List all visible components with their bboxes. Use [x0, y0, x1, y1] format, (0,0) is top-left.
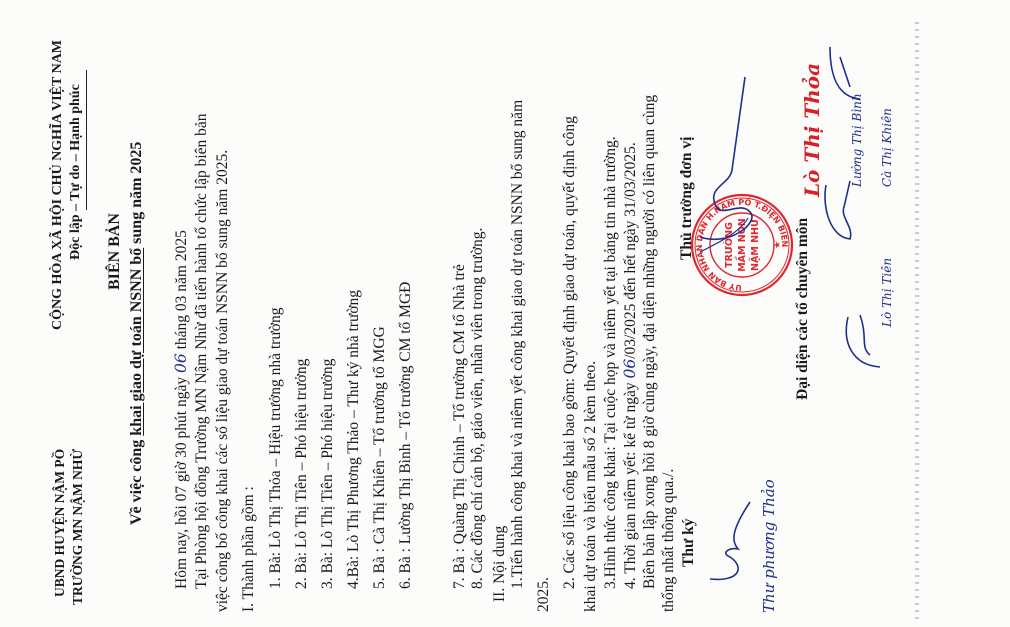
subtitle-before: Về việc công	[128, 436, 145, 525]
content-item-2-line-1: 2. Các số liệu công khai bao gồm: Quyết …	[561, 116, 579, 589]
head-signature	[690, 72, 780, 282]
member-6: 6. Bà : Lường Thị Bình – Tổ trưởng CM tổ…	[397, 282, 415, 589]
scan-artifact	[915, 19, 919, 619]
item-4-text: 4. Thời gian niêm yết: kể từ ngày	[622, 379, 639, 589]
item-4-text: /03/2025 đến hết ngày 31/03/2025.	[622, 142, 639, 359]
intro-text: Hôm nay, hồi 07 giờ 30 phút ngày	[173, 373, 190, 589]
intro-line-1: Hôm nay, hồi 07 giờ 30 phút ngày 06 thán…	[172, 230, 191, 589]
secretary-label: Thư ký	[680, 518, 698, 567]
header-motto-underline	[86, 70, 87, 210]
content-item-1-line-2: 2025.	[535, 577, 553, 612]
content-item-1-line-1: 1.Tiến hành công khai và niêm yết công k…	[509, 100, 527, 589]
rep-name-3-handwritten: Lò Thị Tiên	[880, 258, 894, 327]
closing-line-2: thống nhất thông qua./.	[660, 469, 678, 612]
document-subtitle: Về việc công khai giao dự toán NSNN bổ s…	[128, 142, 146, 525]
section-1-heading: I. Thành phần gồm :	[240, 486, 258, 612]
closing-line-1: Biên bản lập xong hồi 8 giờ cùng ngày, đ…	[641, 95, 659, 589]
member-1: 1. Bà: Lò Thị Thỏa – Hiệu trưởng nhà trư…	[267, 308, 285, 589]
intro-text: tháng 03 năm 2025	[173, 230, 190, 353]
rep-name-1-handwritten: Cà Thị Khiên	[880, 108, 894, 187]
section-2-heading: II. Nội dung	[491, 526, 509, 602]
intro-line-3: việc công bố công khai các số liệu giao …	[214, 150, 232, 612]
member-2: 2. Bà: Lò Thị Tiên – Phó hiệu trưởng	[293, 359, 311, 589]
rep-name-2-handwritten: Lường Thị Bình	[850, 93, 864, 187]
handwritten-day: 06	[172, 353, 190, 373]
representatives-label: Đại diện các tổ chuyên môn	[794, 218, 812, 400]
header-motto: Độc lập – Tự do – Hạnh phúc	[68, 84, 84, 260]
header-authority: UBND HUYỆN NẬM PỒ	[52, 449, 68, 597]
secretary-signature	[700, 497, 760, 587]
member-4: 4.Bà: Lò Thị Phương Thảo – Thư ký nhà tr…	[345, 290, 363, 589]
intro-line-2: Tại Phòng hội đồng Trường MN Nậm Nhừ đã …	[193, 113, 211, 589]
document-title: BIÊN BẢN	[106, 213, 124, 290]
rep-signature-1	[820, 177, 860, 247]
subtitle-underlined: khai giao dự toán NSNN bổ	[128, 248, 145, 436]
member-8: 8. Các đồng chí cán bộ, giáo viên, nhân …	[469, 228, 487, 589]
content-item-3: 3.Hình thức công khai: Tại cuộc họp và n…	[602, 136, 620, 589]
member-7: 7. Bà : Quàng Thị Chinh – Tổ trưởng CM t…	[451, 264, 469, 589]
content-item-4: 4. Thời gian niêm yết: kể từ ngày 06/03/…	[621, 142, 640, 589]
content-item-2-line-2: khai dự toán và biểu mẫu số 2 kèm theo.	[582, 361, 600, 612]
handwritten-start-day: 06	[621, 359, 639, 379]
member-3: 3. Bà: Lò Thị Tiên – Phó hiệu trưởng	[319, 359, 337, 589]
header-school: TRƯỜNG MN NẬM NHỪ	[70, 449, 86, 605]
member-5: 5. Bà : Cà Thị Khiên – Tổ trưởng tổ MGG	[371, 326, 389, 589]
subtitle-after: sung năm 2025	[128, 142, 145, 248]
scanned-document-page: UBND HUYỆN NẬM PỒ TRƯỜNG MN NẬM NHỪ CỘNG…	[0, 0, 1010, 627]
header-country: CỘNG HÒA XÃ HỘI CHỦ NGHĨA VIỆT NAM	[50, 40, 66, 330]
secretary-name-handwritten: Thư phương Thảo	[760, 479, 778, 613]
